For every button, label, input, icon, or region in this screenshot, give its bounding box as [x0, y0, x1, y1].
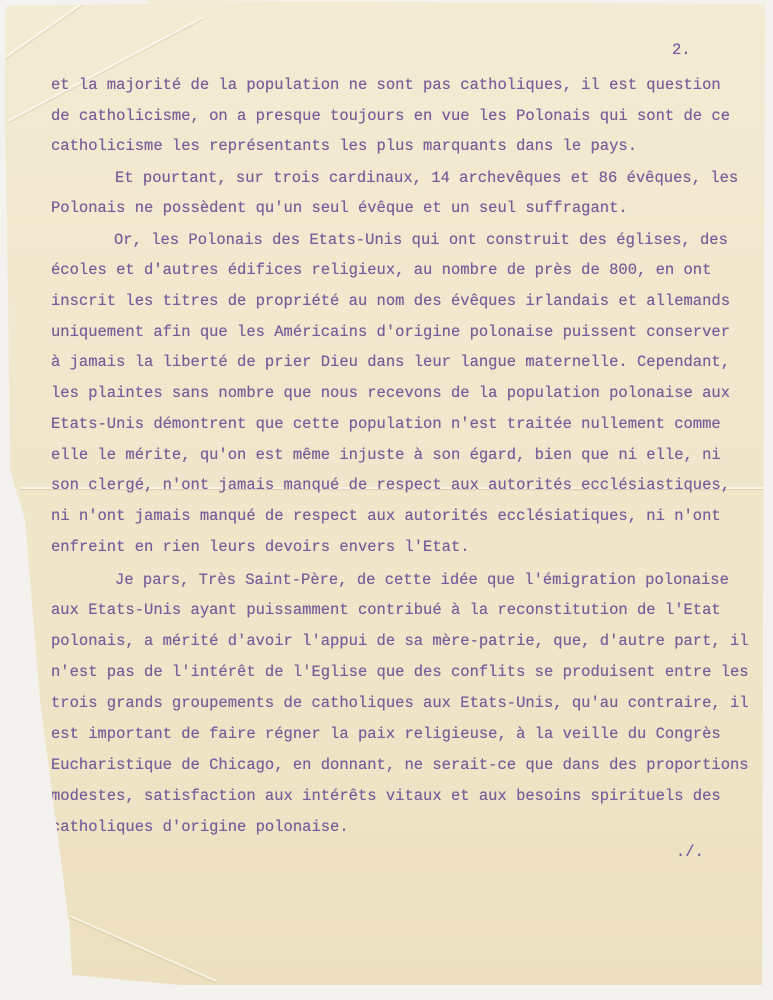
text-line: enfreint en rien leurs devoirs envers l'… [51, 538, 470, 556]
text-line: elle le mérite, qu'on est même injuste à… [51, 446, 721, 464]
text-line: de catholicisme, on a presque toujours e… [51, 107, 730, 125]
text-line: catholicisme les représentants les plus … [51, 137, 637, 155]
text-line: est important de faire régner la paix re… [51, 725, 721, 743]
text-line: Or, les Polonais des Etats-Unis qui ont … [114, 231, 728, 249]
paper-crease [70, 915, 217, 982]
text-line: les plaintes sans nombre que nous recevo… [51, 384, 730, 402]
text-line: trois grands groupements de catholiques … [51, 694, 749, 712]
paper-sheet: 2. et la majorité de la population ne so… [0, 0, 773, 1000]
text-line: à jamais la liberté de prier Dieu dans l… [51, 353, 730, 371]
text-line: Etats-Unis démontrent que cette populati… [51, 415, 721, 433]
text-line: aux Etats-Unis ayant puissamment contrib… [51, 601, 721, 619]
text-line: Eucharistique de Chicago, en donnant, ne… [51, 756, 749, 774]
paper-crease [0, 0, 99, 62]
text-line: ni n'ont jamais manqué de respect aux au… [51, 507, 721, 525]
text-line: et la majorité de la population ne sont … [51, 76, 721, 94]
page-number: 2. [672, 41, 691, 59]
text-line: Je pars, Très Saint-Père, de cette idée … [115, 571, 729, 589]
text-line: son clergé, n'ont jamais manqué de respe… [51, 476, 730, 494]
text-line: catholiques d'origine polonaise. [51, 818, 349, 836]
continuation-mark: ./. [676, 843, 704, 861]
text-line: polonais, a mérité d'avoir l'appui de sa… [51, 632, 749, 650]
text-line: inscrit les titres de propriété au nom d… [51, 292, 730, 310]
text-line: n'est pas de l'intérêt de l'Eglise que d… [51, 663, 749, 681]
text-line: modestes, satisfaction aux intérêts vita… [51, 787, 721, 805]
text-line: uniquement afin que les Américains d'ori… [51, 323, 730, 341]
text-line: écoles et d'autres édifices religieux, a… [51, 261, 711, 279]
text-line: Et pourtant, sur trois cardinaux, 14 arc… [115, 169, 738, 187]
text-line: Polonais ne possèdent qu'un seul évêque … [51, 199, 628, 217]
